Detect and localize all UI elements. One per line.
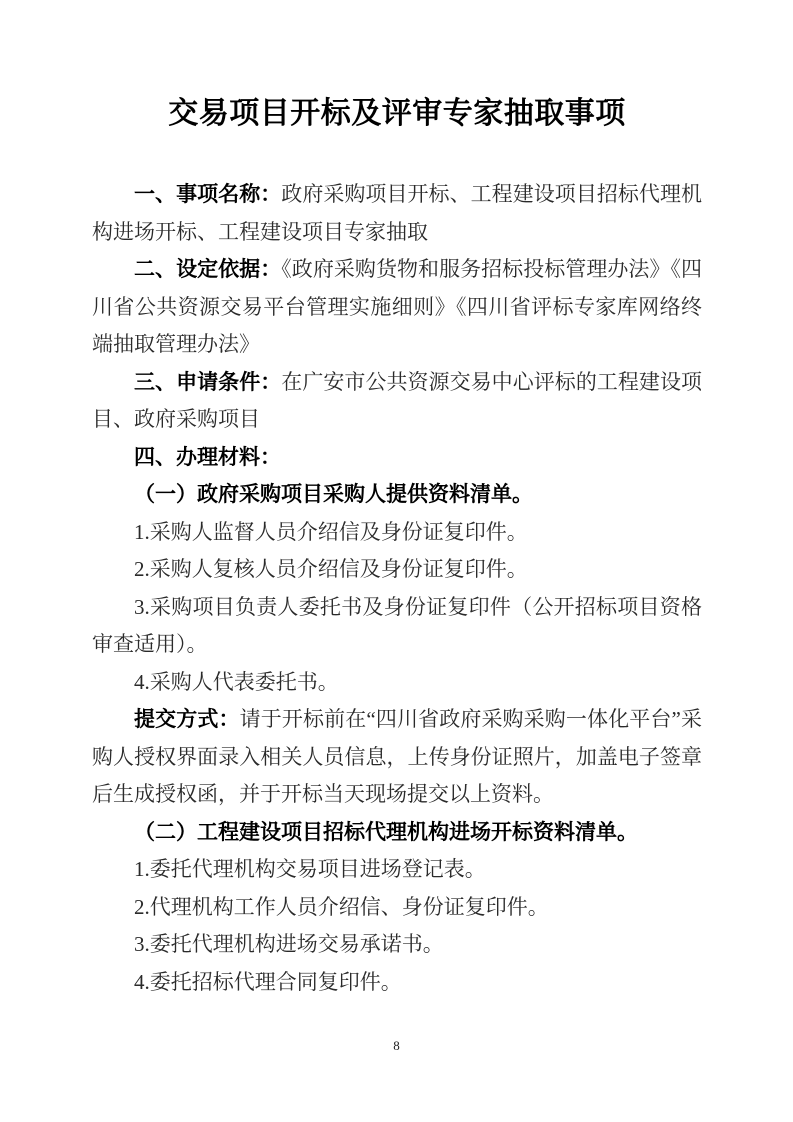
doc-list-item-1-4: 4.采购人代表委托书。 [92, 664, 702, 702]
paragraph-text: 2.代理机构工作人员介绍信、身份证复印件。 [134, 895, 549, 919]
paragraph-text: 4.采购人代表委托书。 [134, 670, 339, 694]
paragraph-text: 1.采购人监督人员介绍信及身份证复印件。 [134, 520, 528, 544]
paragraph-label: 三、申请条件： [134, 371, 281, 394]
doc-paragraph-application-conditions: 三、申请条件：在广安市公共资源交易中心评标的工程建设项目、政府采购项目 [92, 364, 702, 439]
doc-paragraph-materials-heading: 四、办理材料： [92, 439, 702, 477]
doc-paragraph-section-1-heading: （一）政府采购项目采购人提供资料清单。 [92, 476, 702, 514]
document-body: 交易项目开标及评审专家抽取事项 一、事项名称：政府采购项目开标、工程建设项目招标… [92, 92, 702, 1001]
page-number: 8 [0, 1038, 793, 1054]
doc-paragraph-submission-method: 提交方式：请于开标前在“四川省政府采购采购一体化平台”采购人授权界面录入相关人员… [92, 701, 702, 814]
paragraph-label: （一）政府采购项目采购人提供资料清单。 [134, 483, 533, 506]
paragraph-label: 一、事项名称： [134, 183, 281, 206]
paragraph-text: 2.采购人复核人员介绍信及身份证复印件。 [134, 557, 528, 581]
paragraph-text: 3.采购项目负责人委托书及身份证复印件（公开招标项目资格审查适用）。 [92, 595, 702, 657]
paragraph-label: 提交方式： [134, 708, 240, 731]
doc-paragraph-item-name: 一、事项名称：政府采购项目开标、工程建设项目招标代理机构进场开标、工程建设项目专… [92, 176, 702, 251]
page-title: 交易项目开标及评审专家抽取事项 [92, 92, 702, 136]
doc-list-item-1-1: 1.采购人监督人员介绍信及身份证复印件。 [92, 514, 702, 552]
paragraph-label: （二）工程建设项目招标代理机构进场开标资料清单。 [134, 821, 638, 844]
doc-list-item-1-3: 3.采购项目负责人委托书及身份证复印件（公开招标项目资格审查适用）。 [92, 589, 702, 664]
document-page: 交易项目开标及评审专家抽取事项 一、事项名称：政府采购项目开标、工程建设项目招标… [0, 0, 793, 1122]
doc-paragraph-legal-basis: 二、设定依据：《政府采购货物和服务招标投标管理办法》《四川省公共资源交易平台管理… [92, 251, 702, 364]
paragraph-text: 3.委托代理机构进场交易承诺书。 [134, 932, 444, 956]
paragraph-text: 1.委托代理机构交易项目进场登记表。 [134, 857, 486, 881]
doc-list-item-2-2: 2.代理机构工作人员介绍信、身份证复印件。 [92, 889, 702, 927]
doc-list-item-2-4: 4.委托招标代理合同复印件。 [92, 964, 702, 1002]
doc-list-item-1-2: 2.采购人复核人员介绍信及身份证复印件。 [92, 551, 702, 589]
doc-list-item-2-1: 1.委托代理机构交易项目进场登记表。 [92, 851, 702, 889]
paragraph-label: 二、设定依据： [134, 258, 281, 281]
doc-list-item-2-3: 3.委托代理机构进场交易承诺书。 [92, 926, 702, 964]
paragraph-text: 4.委托招标代理合同复印件。 [134, 970, 402, 994]
paragraph-label: 四、办理材料： [134, 446, 281, 469]
doc-paragraph-section-2-heading: （二）工程建设项目招标代理机构进场开标资料清单。 [92, 814, 702, 852]
